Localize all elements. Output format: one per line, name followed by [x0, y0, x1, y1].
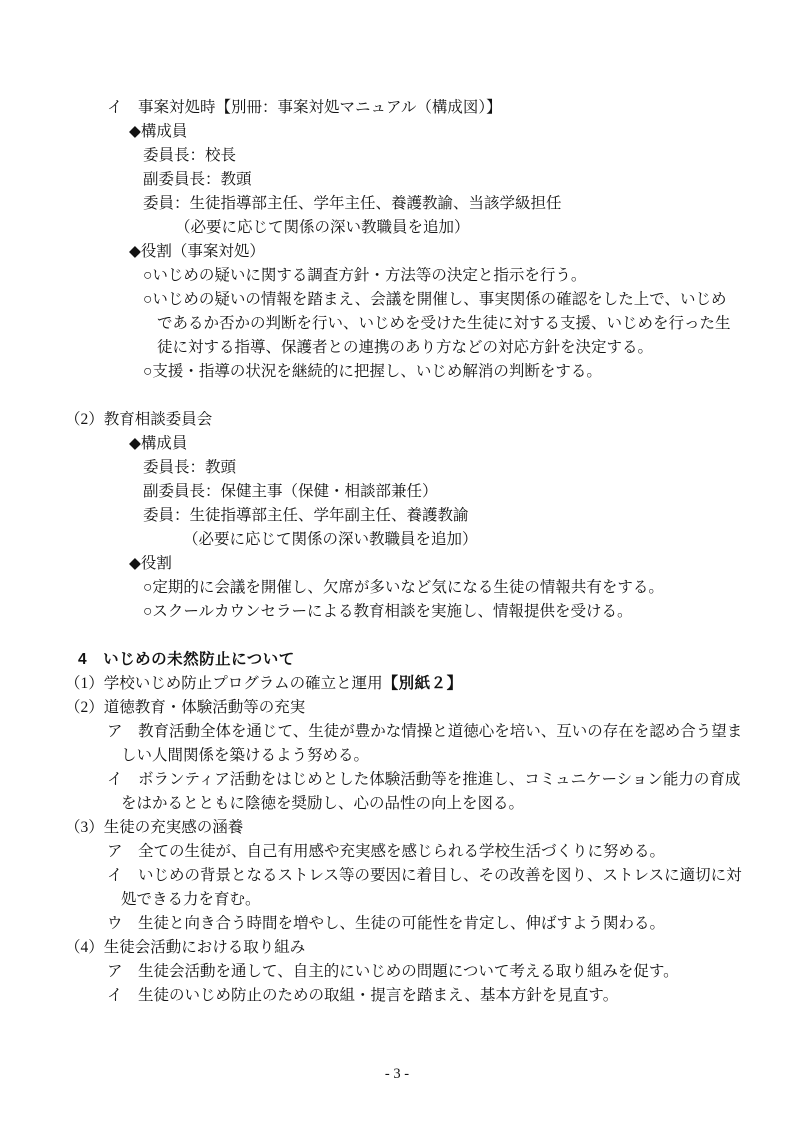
prevention-item2-a-line2: しい人間関係を築けるよう努める。: [65, 744, 755, 768]
prevention-item2-title: （2）道徳教育・体験活動等の充実: [65, 696, 755, 720]
prevention-item2-a-line1: ア 教育活動全体を通じて、生徒が豊かな情操と道徳心を培い、互いの存在を認め合う望…: [65, 720, 755, 744]
incident-members-note: （必要に応じて関係の深い教職員を追加）: [65, 216, 755, 240]
prevention-item3-a: ア 全ての生徒が、自己有用感や充実感を感じられる学校生活づくりに努める。: [65, 840, 755, 864]
document-page: イ 事案対処時【別冊：事案対処マニュアル（構成図）】 ◆構成員 委員長：校長 副…: [0, 0, 794, 1123]
prevention-item3-b-line1: イ いじめの背景となるストレス等の要因に着目し、その改善を図り、ストレスに適切に…: [65, 864, 755, 888]
page-number: - 3 -: [0, 1062, 794, 1086]
incident-members: 委員：生徒指導部主任、学年主任、養護教諭、当該学級担任: [65, 192, 755, 216]
prevention-item4-title: （4）生徒会活動における取り組み: [65, 936, 755, 960]
incident-chair: 委員長：校長: [65, 144, 755, 168]
counseling-members-heading: ◆構成員: [65, 432, 755, 456]
prevention-item2-b-line2: をはかるとともに陰徳を奨励し、心の品性の向上を図る。: [65, 792, 755, 816]
attachment-2-ref: 【別紙２】: [383, 675, 463, 692]
blank-line: [65, 624, 755, 648]
prevention-item1-text: （1）学校いじめ防止プログラムの確立と運用: [65, 675, 383, 692]
counseling-title: （2）教育相談委員会: [65, 408, 755, 432]
counseling-role-2: ○スクールカウンセラーによる教育相談を実施し、情報提供を受ける。: [65, 600, 755, 624]
counseling-vice-chair: 副委員長：保健主事（保健・相談部兼任）: [65, 480, 755, 504]
incident-vice-chair: 副委員長：教頭: [65, 168, 755, 192]
prevention-item4-a: ア 生徒会活動を通して、自主的にいじめの問題について考える取り組みを促す。: [65, 960, 755, 984]
prevention-item3-c: ウ 生徒と向き合う時間を増やし、生徒の可能性を肯定し、伸ばすよう関わる。: [65, 912, 755, 936]
blank-line: [65, 384, 755, 408]
prevention-item2-b-line1: イ ボランティア活動をはじめとした体験活動等を推進し、コミュニケーション能力の育…: [65, 768, 755, 792]
prevention-item1: （1）学校いじめ防止プログラムの確立と運用【別紙２】: [65, 672, 755, 696]
prevention-section-heading: 4 いじめの未然防止について: [65, 648, 755, 672]
incident-roles-heading: ◆役割（事案対処）: [65, 240, 755, 264]
incident-role-3: ○支援・指導の状況を継続的に把握し、いじめ解消の判断をする。: [65, 360, 755, 384]
incident-members-heading: ◆構成員: [65, 120, 755, 144]
prevention-item3-title: （3）生徒の充実感の涵養: [65, 816, 755, 840]
incident-role-2-line2: であるか否かの判断を行い、いじめを受けた生徒に対する支援、いじめを行った生: [65, 312, 755, 336]
counseling-role-1: ○定期的に会議を開催し、欠席が多いなど気になる生徒の情報共有をする。: [65, 576, 755, 600]
prevention-item4-b: イ 生徒のいじめ防止のための取組・提言を踏まえ、基本方針を見直す。: [65, 984, 755, 1008]
counseling-members-note: （必要に応じて関係の深い教職員を追加）: [65, 528, 755, 552]
incident-role-1: ○いじめの疑いに関する調査方針・方法等の決定と指示を行う。: [65, 264, 755, 288]
counseling-chair: 委員長：教頭: [65, 456, 755, 480]
incident-title: イ 事案対処時【別冊：事案対処マニュアル（構成図）】: [65, 96, 755, 120]
prevention-item3-b-line2: 処できる力を育む。: [65, 888, 755, 912]
counseling-roles-heading: ◆役割: [65, 552, 755, 576]
document-body: イ 事案対処時【別冊：事案対処マニュアル（構成図）】 ◆構成員 委員長：校長 副…: [65, 96, 755, 1008]
counseling-members: 委員：生徒指導部主任、学年副主任、養護教諭: [65, 504, 755, 528]
incident-role-2-line1: ○いじめの疑いの情報を踏まえ、会議を開催し、事実関係の確認をした上で、いじめ: [65, 288, 755, 312]
incident-role-2-line3: 徒に対する指導、保護者との連携のあり方などの対応方針を決定する。: [65, 336, 755, 360]
